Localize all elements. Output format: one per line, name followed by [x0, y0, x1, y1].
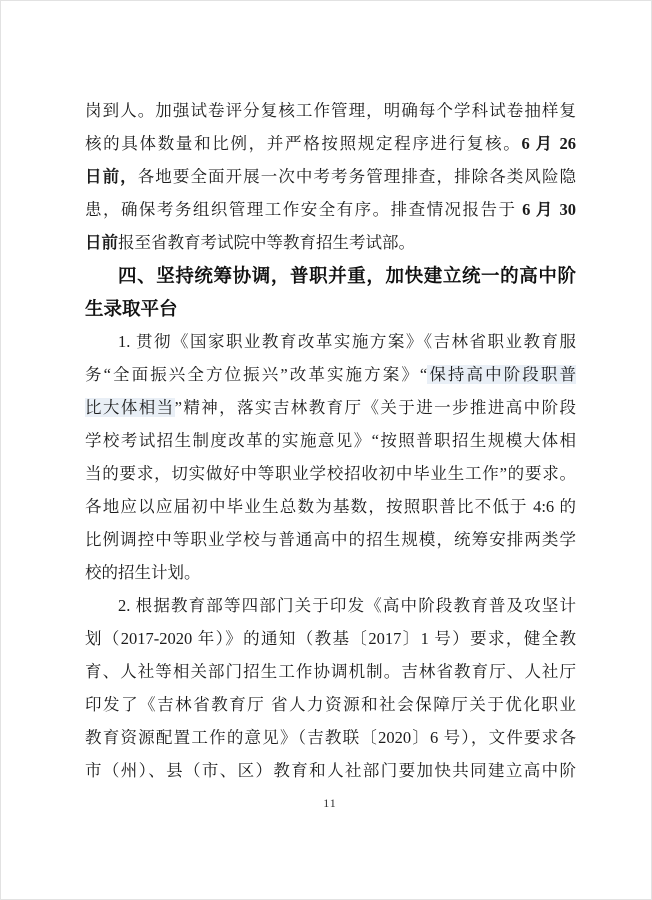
text-run: 1. 贯彻《国家职业教育改革实施方案》《吉林省职业教育服: [118, 332, 576, 351]
text-run: 教育资源配置工作的意见》（吉教联〔2020〕6 号），文件要求各: [85, 728, 576, 747]
page-number: 11: [85, 796, 575, 811]
text-line: 教育资源配置工作的意见》（吉教联〔2020〕6 号），文件要求各: [85, 721, 576, 754]
text-line: 岗到人。加强试卷评分复核工作管理，明确每个学科试卷抽样复: [85, 94, 576, 127]
text-run: 比例调控中等职业学校与普通高中的招生规模，统筹安排两类学: [85, 530, 576, 549]
text-line: 校的招生计划。: [85, 556, 576, 589]
text-line: 2. 根据教育部等四部门关于印发《高中阶段教育普及攻坚计: [85, 589, 576, 622]
text-run: 划（2017-2020 年）》的通知（教基〔2017〕1 号）要求，健全教: [85, 629, 576, 648]
text-run: 岗到人。加强试卷评分复核工作管理，明确每个学科试卷抽样复: [85, 101, 576, 120]
document-page: 岗到人。加强试卷评分复核工作管理，明确每个学科试卷抽样复核的具体数量和比例，并严…: [0, 0, 652, 900]
text-line: 划（2017-2020 年）》的通知（教基〔2017〕1 号）要求，健全教: [85, 622, 576, 655]
text-run: 印发了《吉林省教育厅 省人力资源和社会保障厅关于优化职业: [85, 695, 576, 714]
text-line: 核的具体数量和比例，并严格按照规定程序进行复核。6 月 26: [85, 127, 576, 160]
text-run: 核的具体数量和比例，并严格按照规定程序进行复核。: [85, 134, 521, 153]
text-line: 市（州）、县（市、区）教育和人社部门要加快共同建立高中阶: [85, 754, 576, 787]
text-run: 务“全面振兴全方位振兴”改革实施方案》“: [85, 365, 427, 384]
text-run: 患，确保考务组织管理工作安全有序。排查情况报告于: [85, 200, 522, 219]
text-run: 市（州）、县（市、区）教育和人社部门要加快共同建立高中阶: [85, 761, 576, 780]
bold-text-run: 日前: [85, 233, 118, 252]
text-run: 四、坚持统筹协调，普职并重，加快建立统一的高中阶段招: [85, 265, 576, 292]
text-run: 学校考试招生制度改革的实施意见》“按照普职招生规模大体相: [85, 431, 576, 450]
text-line: 日前，各地要全面开展一次中考考务管理排查，排除各类风险隐: [85, 160, 576, 193]
text-line: 比大体相当”精神，落实吉林教育厅《关于进一步推进高中阶段: [85, 391, 576, 424]
bold-text-run: 6 月 30: [522, 200, 576, 219]
highlighted-text-run: 保持高中阶段职普: [427, 365, 576, 384]
text-line: 比例调控中等职业学校与普通高中的招生规模，统筹安排两类学: [85, 523, 576, 556]
text-line: 育、人社等相关部门招生工作协调机制。吉林省教育厅、人社厅: [85, 655, 576, 688]
text-run: 校的招生计划。: [85, 563, 201, 582]
section-heading-line: 生录取平台: [85, 292, 576, 325]
text-run: 生录取平台: [85, 298, 178, 319]
bold-text-run: 6 月 26: [521, 134, 576, 153]
highlighted-text-run: 比大体相当: [85, 398, 175, 417]
bold-text-run: 日前，: [85, 167, 138, 186]
section-heading-line: 四、坚持统筹协调，普职并重，加快建立统一的高中阶段招: [85, 259, 576, 292]
text-run: ”精神，落实吉林教育厅《关于进一步推进高中阶段: [175, 398, 576, 417]
text-run: 报至省教育考试院中等教育招生考试部。: [118, 233, 415, 252]
text-run: 育、人社等相关部门招生工作协调机制。吉林省教育厅、人社厅: [85, 662, 576, 681]
text-line: 日前报至省教育考试院中等教育招生考试部。: [85, 226, 576, 259]
text-line: 患，确保考务组织管理工作安全有序。排查情况报告于 6 月 30: [85, 193, 576, 226]
text-run: 2. 根据教育部等四部门关于印发《高中阶段教育普及攻坚计: [118, 596, 576, 615]
text-run: 各地要全面开展一次中考考务管理排查，排除各类风险隐: [138, 167, 576, 186]
text-run: 各地应以应届初中毕业生总数为基数，按照职普比不低于 4:6 的: [85, 497, 576, 516]
document-body: 岗到人。加强试卷评分复核工作管理，明确每个学科试卷抽样复核的具体数量和比例，并严…: [85, 94, 576, 787]
text-line: 1. 贯彻《国家职业教育改革实施方案》《吉林省职业教育服: [85, 325, 576, 358]
text-line: 各地应以应届初中毕业生总数为基数，按照职普比不低于 4:6 的: [85, 490, 576, 523]
text-line: 学校考试招生制度改革的实施意见》“按照普职招生规模大体相: [85, 424, 576, 457]
text-line: 务“全面振兴全方位振兴”改革实施方案》“保持高中阶段职普: [85, 358, 576, 391]
text-line: 印发了《吉林省教育厅 省人力资源和社会保障厅关于优化职业: [85, 688, 576, 721]
text-run: 当的要求，切实做好中等职业学校招收初中毕业生工作”的要求。: [85, 464, 576, 483]
text-line: 当的要求，切实做好中等职业学校招收初中毕业生工作”的要求。: [85, 457, 576, 490]
